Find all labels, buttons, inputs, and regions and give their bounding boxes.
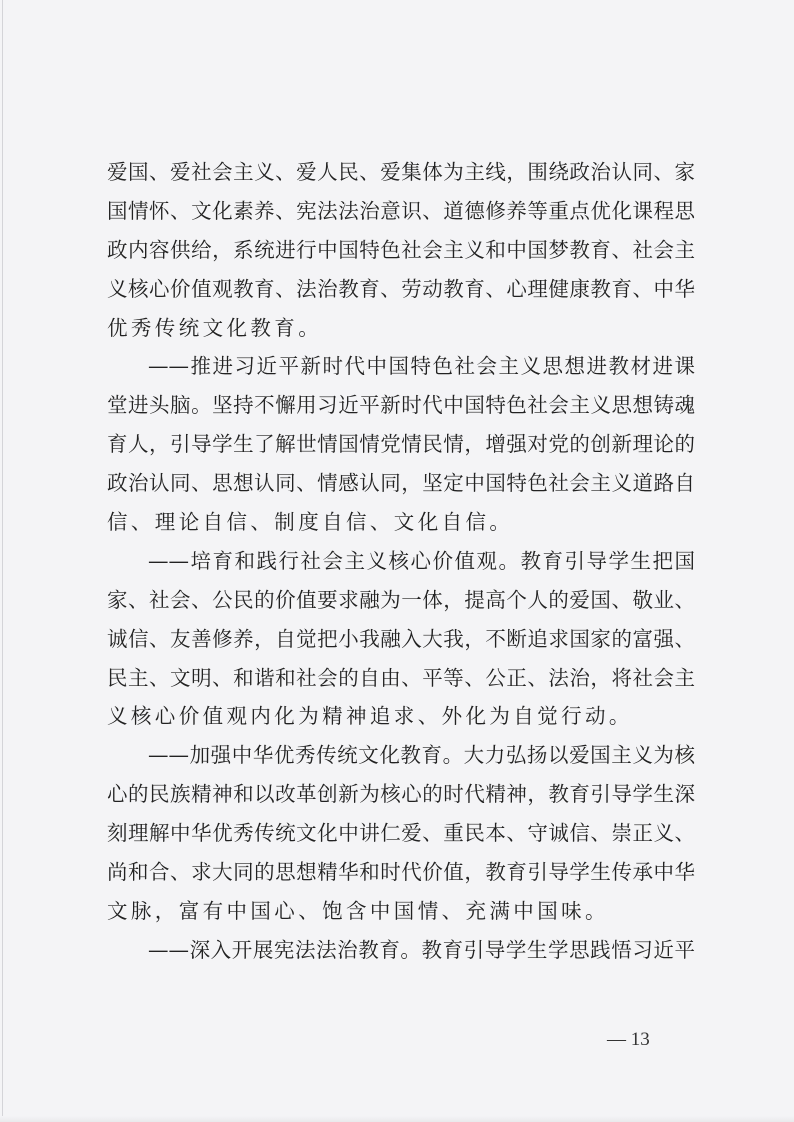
text-line: 义核心价值观内化为精神追求、外化为自觉行动。 [107,697,695,736]
text-line: 信、理论自信、制度自信、文化自信。 [107,503,695,542]
text-line: 育人，引导学生了解世情国情党情民情，增强对党的创新理论的 [107,425,695,464]
text-line: ——加强中华优秀传统文化教育。大力弘扬以爱国主义为核 [107,736,695,775]
text-line: 尚和合、求大同的思想精华和时代价值，教育引导学生传承中华 [107,853,695,892]
document-body: 爱国、爱社会主义、爱人民、爱集体为主线，围绕政治认同、家 国情怀、文化素养、宪法… [107,153,695,970]
text-line: 国情怀、文化素养、宪法法治意识、道德修养等重点优化课程思 [107,192,695,231]
text-line: 爱国、爱社会主义、爱人民、爱集体为主线，围绕政治认同、家 [107,153,695,192]
text-line: 优秀传统文化教育。 [107,309,695,348]
page-edge [2,0,3,1122]
text-line: 家、社会、公民的价值要求融为一体，提高个人的爱国、敬业、 [107,581,695,620]
text-line: ——深入开展宪法法治教育。教育引导学生学思践悟习近平 [107,931,695,970]
text-line: 刻理解中华优秀传统文化中讲仁爱、重民本、守诚信、崇正义、 [107,814,695,853]
text-line: ——培育和践行社会主义核心价值观。教育引导学生把国 [107,542,695,581]
text-line: 义核心价值观教育、法治教育、劳动教育、心理健康教育、中华 [107,270,695,309]
paragraph-continuation: 爱国、爱社会主义、爱人民、爱集体为主线，围绕政治认同、家 国情怀、文化素养、宪法… [107,153,695,347]
text-line: 民主、文明、和谐和社会的自由、平等、公正、法治，将社会主 [107,659,695,698]
text-line: 文脉，富有中国心、饱含中国情、充满中国味。 [107,892,695,931]
paragraph-constitution-law: ——深入开展宪法法治教育。教育引导学生学思践悟习近平 [107,931,695,970]
text-line: ——推进习近平新时代中国特色社会主义思想进教材进课 [107,347,695,386]
page-number: — 13 [607,1028,650,1052]
text-line: 堂进头脑。坚持不懈用习近平新时代中国特色社会主义思想铸魂 [107,386,695,425]
text-line: 心的民族精神和以改革创新为核心的时代精神，教育引导学生深 [107,775,695,814]
text-line: 政内容供给，系统进行中国特色社会主义和中国梦教育、社会主 [107,231,695,270]
paragraph-traditional-culture: ——加强中华优秀传统文化教育。大力弘扬以爱国主义为核 心的民族精神和以改革创新为… [107,736,695,930]
text-line: 诚信、友善修养，自觉把小我融入大我，不断追求国家的富强、 [107,620,695,659]
paragraph-core-values: ——培育和践行社会主义核心价值观。教育引导学生把国 家、社会、公民的价值要求融为… [107,542,695,736]
text-line: 政治认同、思想认同、情感认同，坚定中国特色社会主义道路自 [107,464,695,503]
paragraph-xi-thought: ——推进习近平新时代中国特色社会主义思想进教材进课 堂进头脑。坚持不懈用习近平新… [107,347,695,541]
page-bottom-edge [0,1116,794,1122]
